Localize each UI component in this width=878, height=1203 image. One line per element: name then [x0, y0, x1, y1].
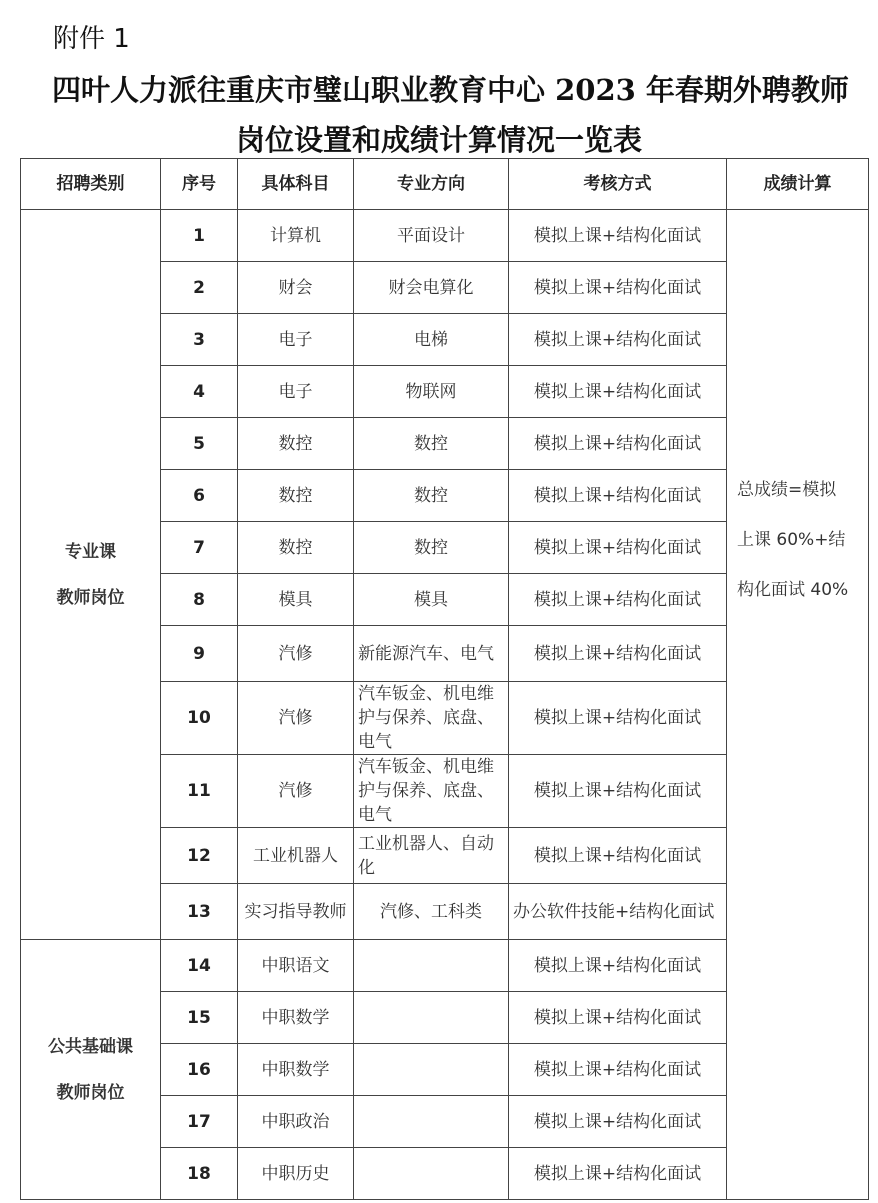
score-calc-line1: 总成绩=模拟 [737, 465, 864, 515]
table-row: 专业课教师岗位1计算机平面设计模拟上课+结构化面试总成绩=模拟上课 60%+结构… [21, 210, 869, 262]
row-direction: 模具 [354, 574, 509, 626]
row-number: 15 [161, 992, 238, 1044]
row-method: 模拟上课+结构化面试 [509, 992, 727, 1044]
score-calc-cell: 总成绩=模拟上课 60%+结构化面试 40% [727, 210, 869, 1200]
row-method: 模拟上课+结构化面试 [509, 262, 727, 314]
document-title-line2: 岗位设置和成绩计算情况一览表 [0, 118, 878, 159]
row-direction: 平面设计 [354, 210, 509, 262]
row-number: 2 [161, 262, 238, 314]
row-number: 7 [161, 522, 238, 574]
row-number: 3 [161, 314, 238, 366]
category-cell: 专业课教师岗位 [21, 210, 161, 940]
table-header-row: 招聘类别 序号 具体科目 专业方向 考核方式 成绩计算 [21, 159, 869, 210]
row-method: 模拟上课+结构化面试 [509, 522, 727, 574]
category-line2: 教师岗位 [25, 1070, 156, 1116]
row-subject: 汽修 [238, 682, 354, 755]
row-method: 模拟上课+结构化面试 [509, 1096, 727, 1148]
positions-table: 招聘类别 序号 具体科目 专业方向 考核方式 成绩计算 专业课教师岗位1计算机平… [20, 158, 869, 1200]
category-line1: 公共基础课 [25, 1024, 156, 1070]
row-method: 模拟上课+结构化面试 [509, 366, 727, 418]
header-subject: 具体科目 [238, 159, 354, 210]
row-method: 模拟上课+结构化面试 [509, 940, 727, 992]
row-subject: 计算机 [238, 210, 354, 262]
score-calc-line3: 构化面试 40% [737, 565, 864, 615]
row-number: 6 [161, 470, 238, 522]
row-subject: 中职数学 [238, 992, 354, 1044]
category-line2: 教师岗位 [25, 575, 156, 621]
row-direction: 财会电算化 [354, 262, 509, 314]
row-method: 模拟上课+结构化面试 [509, 418, 727, 470]
row-method: 模拟上课+结构化面试 [509, 626, 727, 682]
row-direction: 汽车钣金、机电维护与保养、底盘、电气 [354, 755, 509, 828]
row-number: 9 [161, 626, 238, 682]
row-direction: 汽车钣金、机电维护与保养、底盘、电气 [354, 682, 509, 755]
row-number: 16 [161, 1044, 238, 1096]
row-subject: 中职历史 [238, 1148, 354, 1200]
row-direction: 新能源汽车、电气 [354, 626, 509, 682]
header-score-calc: 成绩计算 [727, 159, 869, 210]
row-number: 5 [161, 418, 238, 470]
row-number: 18 [161, 1148, 238, 1200]
row-direction: 工业机器人、自动化 [354, 828, 509, 884]
row-method: 模拟上课+结构化面试 [509, 1044, 727, 1096]
row-method: 模拟上课+结构化面试 [509, 828, 727, 884]
row-method: 模拟上课+结构化面试 [509, 210, 727, 262]
row-direction [354, 992, 509, 1044]
row-number: 12 [161, 828, 238, 884]
row-direction [354, 1148, 509, 1200]
header-direction: 专业方向 [354, 159, 509, 210]
row-direction: 物联网 [354, 366, 509, 418]
row-subject: 实习指导教师 [238, 884, 354, 940]
row-subject: 中职政治 [238, 1096, 354, 1148]
row-subject: 电子 [238, 314, 354, 366]
row-subject: 汽修 [238, 755, 354, 828]
row-direction: 电梯 [354, 314, 509, 366]
row-direction [354, 1044, 509, 1096]
row-direction: 数控 [354, 418, 509, 470]
row-method: 模拟上课+结构化面试 [509, 314, 727, 366]
score-calc-line2: 上课 60%+结 [737, 515, 864, 565]
row-method: 模拟上课+结构化面试 [509, 574, 727, 626]
row-subject: 工业机器人 [238, 828, 354, 884]
header-category: 招聘类别 [21, 159, 161, 210]
row-number: 8 [161, 574, 238, 626]
header-no: 序号 [161, 159, 238, 210]
category-line1: 专业课 [25, 529, 156, 575]
row-method: 办公软件技能+结构化面试 [509, 884, 727, 940]
category-cell: 公共基础课教师岗位 [21, 940, 161, 1200]
row-subject: 数控 [238, 470, 354, 522]
row-subject: 电子 [238, 366, 354, 418]
row-subject: 中职语文 [238, 940, 354, 992]
row-direction [354, 940, 509, 992]
row-subject: 中职数学 [238, 1044, 354, 1096]
row-direction: 汽修、工科类 [354, 884, 509, 940]
row-direction [354, 1096, 509, 1148]
row-number: 1 [161, 210, 238, 262]
row-number: 4 [161, 366, 238, 418]
row-subject: 财会 [238, 262, 354, 314]
row-subject: 模具 [238, 574, 354, 626]
row-direction: 数控 [354, 522, 509, 574]
document-title-line1: 四叶人力派往重庆市璧山职业教育中心 2023 年春期外聘教师 [52, 68, 852, 109]
row-number: 13 [161, 884, 238, 940]
row-method: 模拟上课+结构化面试 [509, 1148, 727, 1200]
row-number: 11 [161, 755, 238, 828]
row-method: 模拟上课+结构化面试 [509, 682, 727, 755]
attachment-label: 附件 1 [53, 18, 130, 55]
row-direction: 数控 [354, 470, 509, 522]
row-number: 10 [161, 682, 238, 755]
row-method: 模拟上课+结构化面试 [509, 755, 727, 828]
row-number: 17 [161, 1096, 238, 1148]
row-subject: 汽修 [238, 626, 354, 682]
row-subject: 数控 [238, 418, 354, 470]
row-method: 模拟上课+结构化面试 [509, 470, 727, 522]
row-number: 14 [161, 940, 238, 992]
header-method: 考核方式 [509, 159, 727, 210]
row-subject: 数控 [238, 522, 354, 574]
